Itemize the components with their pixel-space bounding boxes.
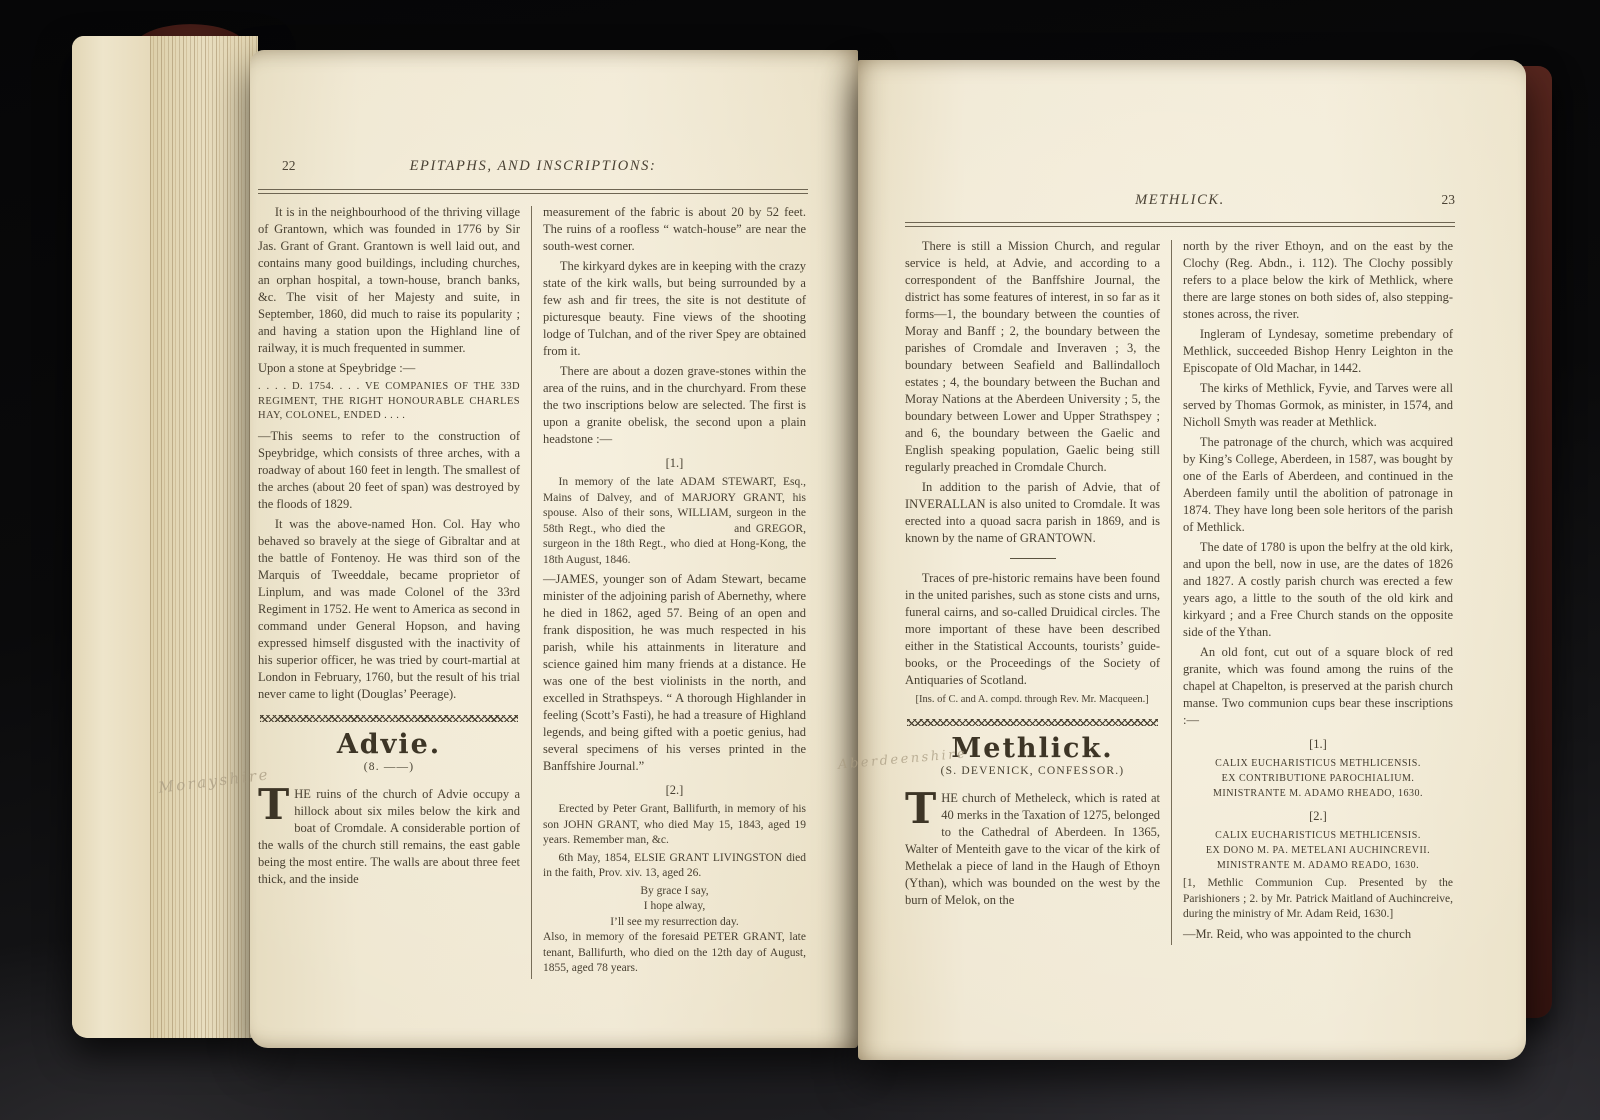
- paragraph: Ingleram of Lyndesay, sometime prebendar…: [1183, 326, 1453, 377]
- verse-line: I hope alway,: [543, 899, 806, 915]
- memorial-inscription: 6th May, 1854, ELSIE GRANT LIVINGSTON di…: [543, 851, 806, 882]
- left-page-header: 22 EPITAPHS, AND INSCRIPTIONS:: [258, 158, 808, 182]
- paragraph: The kirkyard dykes are in keeping with t…: [543, 258, 806, 360]
- paragraph: —This seems to refer to the construction…: [258, 428, 520, 513]
- memorial-inscription: Also, in memory of the foresaid PETER GR…: [543, 930, 806, 977]
- paragraph: Traces of pre-historic remains have been…: [905, 570, 1160, 689]
- left-page-column-1: It is in the neighbourhood of the thrivi…: [258, 204, 520, 979]
- paragraph-text: HE ruins of the church of Advie occupy a…: [258, 787, 520, 886]
- communion-cup-inscription: MINISTRANTE M. ADAMO READO, 1630.: [1183, 858, 1453, 873]
- inscription-label: [1.]: [1183, 736, 1453, 753]
- right-page: METHLICK. 23 There is still a Mission Ch…: [858, 60, 1526, 1060]
- paragraph: It is in the neighbourhood of the thrivi…: [258, 204, 520, 357]
- memorial-inscription: Erected by Peter Grant, Ballifurth, in m…: [543, 802, 806, 849]
- paragraph-with-dropcap: THE church of Metheleck, which is rated …: [905, 790, 1160, 909]
- cup-footnote: [1, Methlic Communion Cup. Presented by …: [1183, 876, 1453, 923]
- section-divider-zigzag: [260, 715, 518, 722]
- inscription-label: [2.]: [1183, 808, 1453, 825]
- section-subtitle-advie: (8. ——): [258, 759, 520, 776]
- paragraph: north by the river Ethoyn, and on the ea…: [1183, 238, 1453, 323]
- section-rule: [1010, 558, 1056, 559]
- communion-cup-inscription: CALIX EUCHARISTICUS METHLICENSIS.: [1183, 828, 1453, 843]
- drop-cap: T: [905, 790, 941, 825]
- paragraph: Upon a stone at Speybridge :—: [258, 360, 520, 377]
- paragraph: The date of 1780 is upon the belfry at t…: [1183, 539, 1453, 641]
- page-edge-striations: [150, 36, 258, 1038]
- left-page-column-2: measurement of the fabric is about 20 by…: [543, 204, 806, 979]
- memorial-inscription: In memory of the late ADAM STEWART, Esq.…: [543, 475, 806, 568]
- paragraph-text: HE church of Metheleck, which is rated a…: [905, 791, 1160, 907]
- paragraph: There are about a dozen grave-stones wit…: [543, 363, 806, 448]
- drop-cap: T: [258, 786, 294, 821]
- paragraph: There is still a Mission Church, and reg…: [905, 238, 1160, 476]
- section-title-advie: Advie.: [258, 736, 520, 753]
- header-rule-right: [905, 222, 1455, 227]
- photo-of-open-book: { "page_left": { "number": "22", "runnin…: [0, 0, 1600, 1120]
- right-page-header: METHLICK. 23: [905, 192, 1455, 216]
- paragraph: It was the above-named Hon. Col. Hay who…: [258, 516, 520, 703]
- page-number-left: 22: [282, 158, 296, 174]
- communion-cup-inscription: MINISTRANTE M. ADAMO RHEADO, 1630.: [1183, 786, 1453, 801]
- left-page-body: It is in the neighbourhood of the thrivi…: [258, 204, 808, 979]
- communion-cup-inscription: EX DONO M. PA. METELANI AUCHINCREVII.: [1183, 843, 1453, 858]
- paragraph: —JAMES, younger son of Adam Stewart, bec…: [543, 571, 806, 775]
- header-rule-left: [258, 189, 808, 194]
- communion-cup-inscription: CALIX EUCHARISTICUS METHLICENSIS.: [1183, 756, 1453, 771]
- paragraph: In addition to the parish of Advie, that…: [905, 479, 1160, 547]
- right-page-column-1: There is still a Mission Church, and reg…: [905, 238, 1160, 945]
- right-page-body: There is still a Mission Church, and reg…: [905, 238, 1455, 945]
- inscription-label: [1.]: [543, 455, 806, 472]
- page-edge-flat: [72, 36, 150, 1038]
- verse-line: I’ll see my resurrection day.: [543, 915, 806, 931]
- page-number-right: 23: [1442, 192, 1456, 208]
- column-rule: [531, 206, 532, 979]
- verse-line: By grace I say,: [543, 884, 806, 900]
- paragraph: measurement of the fabric is about 20 by…: [543, 204, 806, 255]
- stone-inscription: . . . . D. 1754. . . . VE COMPANIES OF T…: [258, 380, 520, 424]
- paragraph: The kirks of Methlick, Fyvie, and Tarves…: [1183, 380, 1453, 431]
- running-title-left: EPITAPHS, AND INSCRIPTIONS:: [258, 158, 808, 175]
- credit-note: [Ins. of C. and A. compd. through Rev. M…: [905, 693, 1160, 707]
- section-subtitle-methlick: (S. DEVENICK, CONFESSOR.): [905, 763, 1160, 780]
- left-page: 22 EPITAPHS, AND INSCRIPTIONS: It is in …: [250, 50, 858, 1048]
- right-page-column-2: north by the river Ethoyn, and on the ea…: [1183, 238, 1453, 945]
- inscription-label: [2.]: [543, 782, 806, 799]
- paragraph: The patronage of the church, which was a…: [1183, 434, 1453, 536]
- running-title-right: METHLICK.: [905, 192, 1455, 209]
- paragraph: —Mr. Reid, who was appointed to the chur…: [1183, 926, 1453, 943]
- paragraph-with-dropcap: THE ruins of the church of Advie occupy …: [258, 786, 520, 888]
- column-rule: [1171, 240, 1172, 945]
- section-divider-zigzag: [907, 719, 1158, 726]
- fore-edge-page-stack: [72, 36, 258, 1038]
- paragraph: An old font, cut out of a square block o…: [1183, 644, 1453, 729]
- communion-cup-inscription: EX CONTRIBUTIONE PAROCHIALIUM.: [1183, 771, 1453, 786]
